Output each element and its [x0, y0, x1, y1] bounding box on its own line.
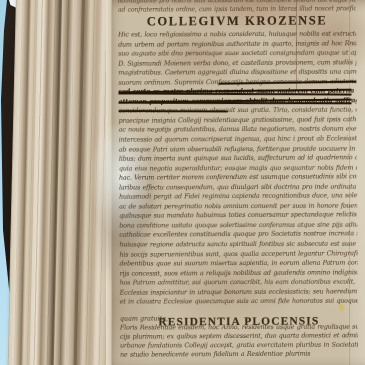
- section-body-collegium: Hic est, loco religiosissimo a nobis con…: [118, 29, 358, 307]
- manuscript-page: adinuigilante pro nostris suis accessuru…: [106, 0, 365, 365]
- page-edge-streak: [73, 0, 85, 365]
- residentia-heading-row: quam gratuita, RESIDENTIA PLOCENSIS: [120, 309, 358, 323]
- page-edge-streak: [29, 0, 42, 365]
- section-body-residentia: Floris Residentiae eiusdem, hoc Anno, re…: [120, 322, 358, 360]
- manuscript-line: intercessio ad quorum conscripserat inge…: [119, 134, 357, 145]
- page-edges-stack: [7, 0, 116, 365]
- manuscript-line: ad confraternitatis ordine, cum ipsis ta…: [118, 4, 356, 14]
- page-edge-streak: [51, 0, 62, 365]
- manuscript-line: et in claustra Ecclesiae quaecumque suis…: [120, 297, 358, 308]
- manuscript-photo: adinuigilante pro nostris suis accessuru…: [0, 0, 365, 365]
- section-heading-collegium: COLLEGIVM KROZENSE: [118, 14, 356, 28]
- top-partial-lines: adinuigilante pro nostris suis accessuru…: [118, 0, 356, 15]
- manuscript-text: adinuigilante pro nostris suis accessuru…: [118, 0, 358, 360]
- paragraph-tail: quam gratuita,: [120, 314, 168, 322]
- manuscript-line: ne studio benedicente eorum fidelium a R…: [120, 350, 358, 361]
